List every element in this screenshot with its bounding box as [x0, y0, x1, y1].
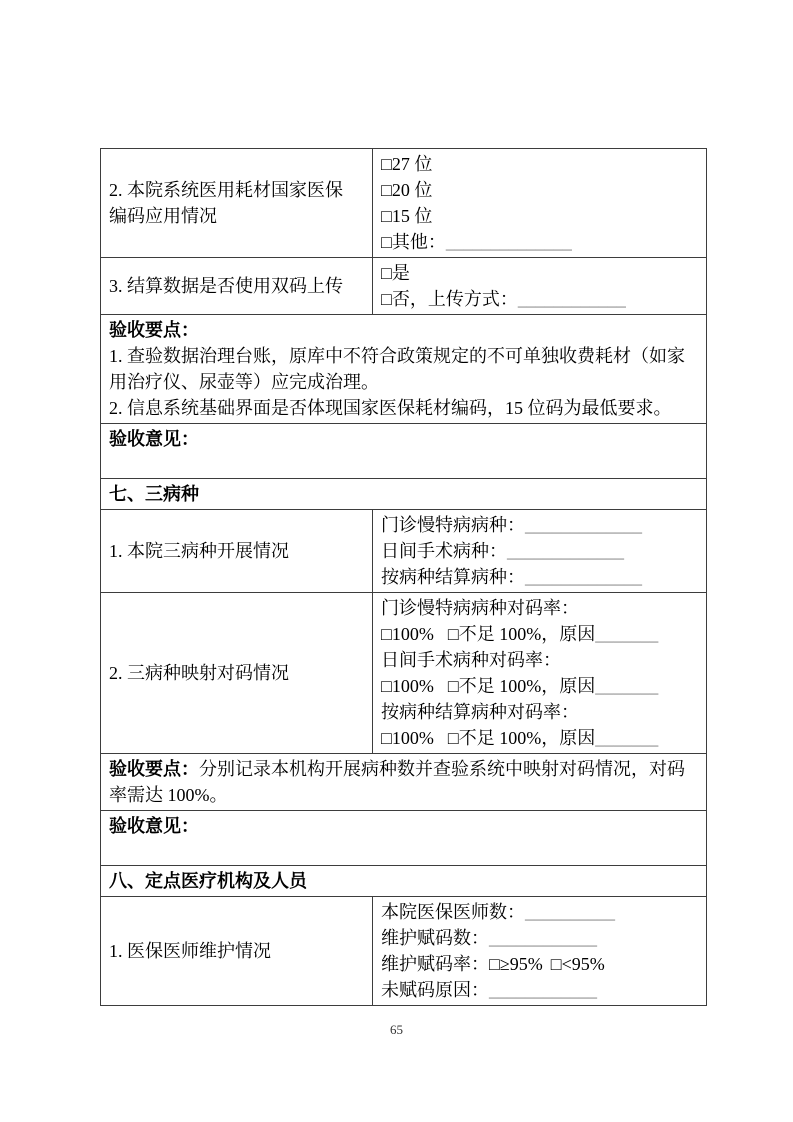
question-label: 2. 三病种映射对码情况 [109, 660, 350, 686]
document-page: 2. 本院系统医用耗材国家医保编码应用情况 □27 位 □20 位 □15 位 … [0, 0, 793, 1122]
acceptance-form-table: 2. 本院系统医用耗材国家医保编码应用情况 □27 位 □20 位 □15 位 … [100, 148, 707, 1006]
option-label: 100% [392, 728, 434, 748]
check-points-cell: 验收要点： 1. 查验数据治理台账，原库中不符合政策规定的不可单独收费耗材（如家… [101, 315, 707, 424]
rate-title: 按病种结算病种对码率： [381, 699, 698, 725]
option-label: <95% [562, 954, 605, 974]
checkbox-icon: □ [381, 725, 392, 751]
checkbox-option-pair: □100%□不足 100%，原因_______ [381, 725, 698, 751]
checkbox-icon: □ [381, 203, 392, 229]
fill-in-line: 未赋码原因：____________ [381, 977, 698, 1003]
option-label: 100% [392, 624, 434, 644]
field-label: 未赋码原因： [381, 980, 489, 1000]
opinion-cell: 验收意见： [101, 811, 707, 866]
field-label: 门诊慢特病病种： [381, 515, 525, 535]
check-point-item: 2. 信息系统基础界面是否体现国家医保耗材编码，15 位码为最低要求。 [109, 395, 698, 421]
field-label: 维护赋码率： [381, 954, 489, 974]
section-header-row: 七、三病种 [101, 479, 707, 510]
table-row-consumables-q2: 2. 本院系统医用耗材国家医保编码应用情况 □27 位 □20 位 □15 位 … [101, 149, 707, 258]
checkbox-option: □20 位 [381, 177, 698, 203]
checkbox-option: □15 位 [381, 203, 698, 229]
checkbox-option: □是 [381, 260, 698, 286]
answer-cell: □是 □否，上传方式：____________ [373, 258, 707, 315]
fill-in-blank: _____________ [507, 541, 624, 561]
question-label: 1. 医保医师维护情况 [109, 938, 350, 964]
checkbox-icon: □ [381, 229, 392, 255]
check-point-item: 1. 查验数据治理台账，原库中不符合政策规定的不可单独收费耗材（如家用治疗仪、尿… [109, 343, 698, 395]
section-header-cell: 八、定点医疗机构及人员 [101, 866, 707, 897]
question-label: 3. 结算数据是否使用双码上传 [109, 273, 350, 299]
opinion-cell: 验收意见： [101, 424, 707, 479]
option-label: 15 位 [392, 206, 433, 226]
fill-in-blank: _____________ [525, 515, 642, 535]
page-number: 65 [0, 1022, 793, 1038]
field-label: 本院医保医师数： [381, 902, 525, 922]
question-label: 2. 本院系统医用耗材国家医保编码应用情况 [109, 177, 350, 229]
fill-in-blank: ____________ [518, 289, 626, 309]
check-points-heading: 验收要点： [109, 317, 698, 343]
section-header-cell: 七、三病种 [101, 479, 707, 510]
answer-cell: 门诊慢特病病种：_____________ 日间手术病种：___________… [373, 510, 707, 593]
fill-in-line: 维护赋码数：____________ [381, 925, 698, 951]
rate-title: 日间手术病种对码率： [381, 647, 698, 673]
question-label: 1. 本院三病种开展情况 [109, 538, 350, 564]
option-label: 其他： [392, 232, 446, 252]
table-row-opinion: 验收意见： [101, 424, 707, 479]
fill-in-blank: ______________ [446, 232, 572, 252]
section-header-row: 八、定点医疗机构及人员 [101, 866, 707, 897]
question-label-cell: 1. 医保医师维护情况 [101, 897, 373, 1006]
option-label: 不足 100%，原因 [459, 676, 596, 696]
question-label-cell: 2. 三病种映射对码情况 [101, 593, 373, 754]
option-label: 不足 100%，原因 [459, 624, 596, 644]
option-label: 不足 100%，原因 [459, 728, 596, 748]
option-label: 是 [392, 263, 410, 283]
checkbox-icon: □ [381, 260, 392, 286]
check-points-heading: 验收要点： [109, 759, 199, 779]
checkbox-icon: □ [381, 286, 392, 312]
checkbox-icon: □ [448, 621, 459, 647]
checkbox-icon: □ [489, 951, 500, 977]
table-row-opinion: 验收意见： [101, 811, 707, 866]
checkbox-icon: □ [551, 951, 562, 977]
table-row-institutions-q1: 1. 医保医师维护情况 本院医保医师数：__________ 维护赋码数：___… [101, 897, 707, 1006]
checkbox-option: □27 位 [381, 151, 698, 177]
fill-in-line: 按病种结算病种：_____________ [381, 564, 698, 590]
option-label: 20 位 [392, 180, 433, 200]
check-point-paragraph: 验收要点：分别记录本机构开展病种数并查验系统中映射对码情况，对码率需达 100%… [109, 756, 698, 808]
question-label-cell: 1. 本院三病种开展情况 [101, 510, 373, 593]
rate-title: 门诊慢特病病种对码率： [381, 595, 698, 621]
checkbox-icon: □ [448, 725, 459, 751]
option-label: 100% [392, 676, 434, 696]
fill-in-blank: ____________ [489, 928, 597, 948]
checkbox-option-pair: □100%□不足 100%，原因_______ [381, 673, 698, 699]
checkbox-icon: □ [381, 673, 392, 699]
answer-cell: □27 位 □20 位 □15 位 □其他：______________ [373, 149, 707, 258]
field-label: 维护赋码数： [381, 928, 489, 948]
option-label: ≥95% [500, 954, 543, 974]
checkbox-icon: □ [448, 673, 459, 699]
checkbox-option: □其他：______________ [381, 229, 698, 255]
field-label: 按病种结算病种： [381, 567, 525, 587]
fill-in-blank: _______ [595, 624, 658, 644]
table-row-consumables-q3: 3. 结算数据是否使用双码上传 □是 □否，上传方式：____________ [101, 258, 707, 315]
fill-in-line: 本院医保医师数：__________ [381, 899, 698, 925]
fill-in-blank: __________ [525, 902, 615, 922]
field-label: 日间手术病种： [381, 541, 507, 561]
fill-in-blank: ____________ [489, 980, 597, 1000]
checkbox-option-pair: 维护赋码率：□≥95%□<95% [381, 951, 698, 977]
table-row-diseases-q1: 1. 本院三病种开展情况 门诊慢特病病种：_____________ 日间手术病… [101, 510, 707, 593]
opinion-heading: 验收意见： [109, 816, 199, 836]
option-label: 否，上传方式： [392, 289, 518, 309]
checkbox-option-pair: □100%□不足 100%，原因_______ [381, 621, 698, 647]
opinion-heading: 验收意见： [109, 429, 199, 449]
checkbox-icon: □ [381, 151, 392, 177]
section-title: 七、三病种 [109, 484, 199, 504]
checkbox-option: □否，上传方式：____________ [381, 286, 698, 312]
fill-in-blank: _____________ [525, 567, 642, 587]
option-label: 27 位 [392, 154, 433, 174]
fill-in-line: 日间手术病种：_____________ [381, 538, 698, 564]
table-row-check-points: 验收要点： 1. 查验数据治理台账，原库中不符合政策规定的不可单独收费耗材（如家… [101, 315, 707, 424]
fill-in-blank: _______ [595, 676, 658, 696]
answer-cell: 本院医保医师数：__________ 维护赋码数：____________ 维护… [373, 897, 707, 1006]
checkbox-icon: □ [381, 177, 392, 203]
section-title: 八、定点医疗机构及人员 [109, 871, 307, 891]
question-label-cell: 2. 本院系统医用耗材国家医保编码应用情况 [101, 149, 373, 258]
table-row-diseases-q2: 2. 三病种映射对码情况 门诊慢特病病种对码率： □100%□不足 100%，原… [101, 593, 707, 754]
fill-in-line: 门诊慢特病病种：_____________ [381, 512, 698, 538]
answer-cell: 门诊慢特病病种对码率： □100%□不足 100%，原因_______ 日间手术… [373, 593, 707, 754]
table-row-check-points: 验收要点：分别记录本机构开展病种数并查验系统中映射对码情况，对码率需达 100%… [101, 754, 707, 811]
checkbox-icon: □ [381, 621, 392, 647]
check-points-cell: 验收要点：分别记录本机构开展病种数并查验系统中映射对码情况，对码率需达 100%… [101, 754, 707, 811]
question-label-cell: 3. 结算数据是否使用双码上传 [101, 258, 373, 315]
fill-in-blank: _______ [595, 728, 658, 748]
